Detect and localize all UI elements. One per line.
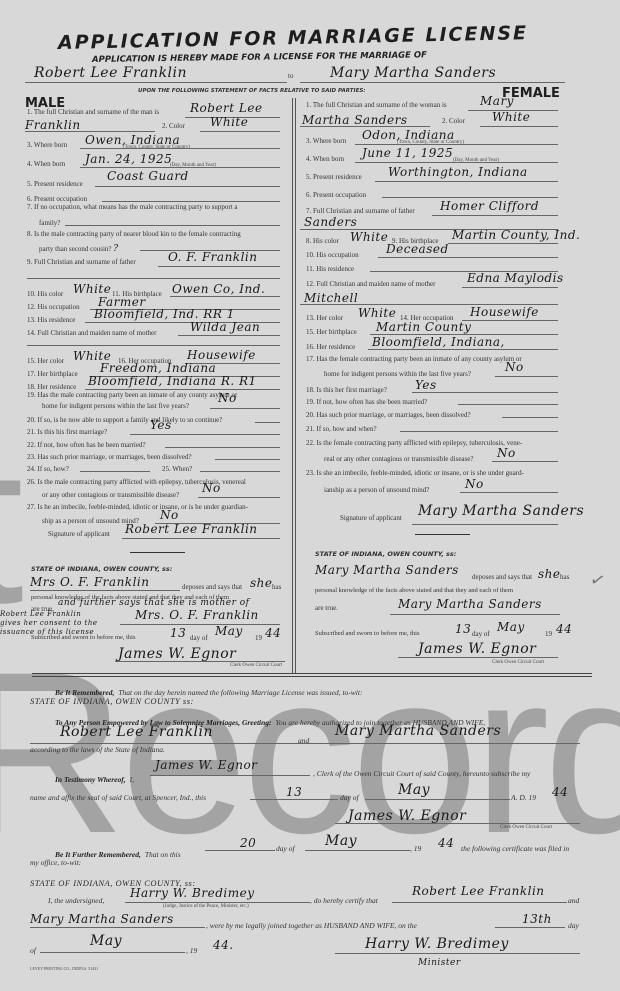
form-label: day of	[340, 793, 359, 802]
statement-line: UPON THE FOLLOWING STATEMENT OF FACTS RE…	[138, 88, 365, 94]
form-label: Is he an imbecile, feeble-minded, idioti…	[38, 503, 249, 511]
form-label: When born	[313, 155, 344, 163]
form-underline	[480, 126, 558, 127]
form-label: His color	[38, 290, 64, 298]
form-underline	[150, 775, 310, 776]
form-label: 7.	[306, 207, 311, 215]
form-label: 23. Has such prior marriage, or marriage…	[27, 453, 192, 461]
form-underline	[250, 799, 338, 800]
form-label: 24.	[27, 465, 36, 473]
form-label: Full Christian and maiden name of mother	[38, 329, 157, 337]
form-label: 5.	[306, 173, 311, 181]
form-label: 3.	[306, 137, 311, 145]
form-underline	[80, 471, 150, 472]
form-label: 23. Is she an imbecile, feeble-minded, i…	[306, 469, 524, 477]
form-label: That on this	[145, 850, 181, 859]
form-label: Where born	[313, 137, 346, 145]
form-label: day	[568, 921, 579, 930]
form-label: 20.	[306, 411, 315, 419]
form-label: Present residence	[34, 180, 83, 188]
form-underline	[355, 162, 558, 163]
form-label: , 19	[410, 844, 421, 853]
handwritten-value: 13	[455, 622, 471, 636]
form-label: Is the female contracting party afflicte…	[317, 439, 523, 447]
female-mother-color: White	[358, 306, 396, 320]
form-underline	[165, 447, 280, 448]
form-label: Her birthplace	[38, 370, 78, 378]
form-label: home for indigent persons within the las…	[324, 370, 471, 378]
form-label: 10.	[306, 251, 315, 259]
form-underline	[115, 661, 285, 662]
female-deponent-signature: Mary Martha Sanders	[398, 597, 542, 611]
form-label: real or any other contagious or transmis…	[324, 455, 473, 463]
handwritten-value: she	[538, 567, 561, 581]
form-label: 10. His color	[27, 290, 63, 298]
form-label: , Clerk of the Owen Circuit Court of sai…	[313, 769, 530, 778]
form-label: Present residence	[313, 173, 362, 181]
form-label: 21. Is this his first marriage?	[27, 428, 107, 436]
to-label: to	[288, 72, 293, 80]
form-underline	[40, 952, 185, 953]
male-surname: Franklin	[25, 118, 81, 132]
female-father-color: White	[350, 230, 388, 244]
female-mind-answer: No	[465, 477, 484, 491]
handwritten-value: May	[215, 624, 243, 638]
form-label: the following certificate was filed in	[461, 844, 569, 853]
form-underline	[368, 349, 558, 350]
form-label: 7.	[27, 203, 32, 211]
bride-name: Mary Martha Sanders	[330, 65, 496, 81]
form-underline	[85, 389, 280, 390]
female-father-occupation: Deceased	[386, 242, 449, 256]
female-deponent-name: Mary Martha Sanders	[315, 563, 459, 577]
form-label: 5.	[27, 180, 32, 188]
form-label: 19. If not, how often has she been marri…	[306, 398, 427, 406]
form-underline	[32, 676, 592, 677]
license-bride: Mary Martha Sanders	[335, 723, 501, 739]
form-label: Signature of applicant	[48, 530, 110, 538]
form-underline	[495, 376, 558, 377]
form-label: 19. Has the male contracting party been …	[27, 391, 237, 399]
form-underline	[170, 296, 280, 297]
form-label: 6. Present occupation	[27, 195, 87, 203]
form-underline	[355, 144, 558, 145]
form-label: 9. Full Christian and surname of father	[27, 258, 136, 266]
form-label: Where born	[34, 141, 67, 149]
form-label: Color	[169, 122, 185, 130]
form-label: has	[272, 583, 281, 591]
officiant-signature: Harry W. Bredimey	[365, 936, 509, 952]
handwritten-value: ?	[113, 244, 118, 254]
form-label: and	[568, 896, 579, 905]
form-label: 7. Full Christian and surname of father	[306, 207, 415, 215]
form-label: Her residence	[38, 383, 77, 391]
form-underline	[382, 197, 558, 198]
form-label: 2. Color	[442, 117, 465, 125]
male-first-marriage-answer: Yes	[150, 418, 172, 432]
female-surname: Martha Sanders	[302, 113, 407, 127]
form-label: 2. Color	[162, 122, 185, 130]
form-label: 14. Full Christian and maiden name of mo…	[27, 329, 156, 337]
form-label: Subscribed and sworn to before me, this	[315, 630, 420, 637]
form-label: 20. Has such prior marriage, or marriage…	[306, 411, 471, 419]
handwritten-value: she	[250, 576, 273, 590]
form-label: , were by me legally joined together as …	[206, 921, 417, 930]
form-label: 12.	[27, 303, 36, 311]
form-label: STATE OF INDIANA, OWEN COUNTY, ss:	[31, 565, 172, 573]
license-month: May	[398, 782, 430, 798]
license-clerk: James W. Egnor	[155, 758, 257, 772]
form-label: 22. If not, how often has he been marrie…	[27, 441, 146, 449]
marriage-day: 13th	[522, 912, 552, 926]
form-underline	[122, 538, 280, 539]
mother-occupation: Housewife	[187, 348, 256, 362]
form-label: I, the undersigned,	[48, 896, 104, 905]
female-father-birthplace: Martin County, Ind.	[452, 228, 580, 242]
father-color: White	[73, 282, 111, 296]
deponent-name: Mrs O. F. Franklin	[30, 575, 149, 589]
consent-note: and further says that she is mother of	[58, 598, 250, 608]
form-label: 22.	[27, 441, 36, 449]
form-underline	[392, 902, 567, 903]
form-label: 22. Is the female contracting party affl…	[306, 439, 522, 447]
form-label: 15.	[306, 328, 315, 336]
form-label: 18.	[27, 383, 36, 391]
form-label: Her birthplace	[317, 328, 357, 336]
form-label: His occupation	[38, 303, 80, 311]
form-label: Clerk Owen Circuit Court	[230, 663, 282, 668]
form-underline	[458, 404, 558, 405]
form-underline	[412, 524, 558, 525]
form-underline	[198, 497, 280, 498]
form-label: 10. His occupation	[306, 251, 359, 259]
female-father-surname: Sanders	[304, 215, 357, 229]
female-birthdate: June 11, 1925	[362, 146, 453, 160]
form-label: When born	[34, 160, 65, 168]
female-mother-occupation: Housewife	[470, 305, 539, 319]
form-label: 2.	[442, 117, 447, 125]
form-underline	[65, 225, 280, 226]
form-underline	[495, 927, 565, 928]
form-label: A. D. 19	[511, 793, 536, 802]
form-underline	[130, 552, 185, 553]
form-underline	[378, 257, 558, 258]
form-label: 19	[255, 634, 262, 642]
female-asylum-answer: No	[505, 360, 524, 374]
form-label: 21.	[27, 428, 36, 436]
female-disease-answer: No	[497, 446, 516, 460]
mother-name: Wilda Jean	[190, 320, 260, 334]
form-label: 6.	[306, 191, 311, 199]
form-label: has	[560, 573, 569, 581]
form-label: Subscribed and sworn to before me, this	[31, 634, 136, 641]
form-underline	[32, 673, 592, 674]
male-residence: Coast Guard	[107, 169, 189, 183]
form-label: Present occupation	[34, 195, 87, 203]
column-divider	[295, 98, 296, 673]
female-mother-residence: Bloomfield, Indiana,	[372, 335, 505, 349]
form-label: 17.	[27, 370, 36, 378]
form-label: 22.	[306, 439, 315, 447]
form-label: ianship as a person of unsound mind?	[324, 486, 429, 494]
filing-month: May	[325, 833, 357, 849]
filing-year: 44	[438, 836, 454, 850]
form-label: 3.	[27, 141, 32, 149]
marriage-license-document: t Record APPLICATION FOR MARRIAGE LICENS…	[0, 0, 620, 991]
form-label: Is the male contracting party of nearer …	[34, 230, 241, 238]
form-underline	[335, 823, 580, 824]
license-clerk-signature: James W. Egnor	[348, 808, 466, 824]
female-mother-surname: Mitchell	[304, 291, 358, 305]
form-label: according to the laws of the State of In…	[30, 745, 165, 754]
form-label: day of	[190, 634, 208, 642]
form-label: 23.	[306, 469, 315, 477]
handwritten-value: gives her consent to the	[0, 619, 98, 627]
form-label: I,	[130, 775, 134, 784]
form-underline	[210, 408, 280, 409]
form-label: 25.	[162, 465, 171, 473]
form-label: In Testimony Whereof,	[55, 775, 126, 784]
form-underline	[415, 534, 470, 535]
male-applicant-signature: Robert Lee Franklin	[125, 522, 258, 536]
form-label: 6.	[27, 195, 32, 203]
form-underline	[462, 287, 558, 288]
deponent-signature: Mrs. O. F. Franklin	[135, 608, 259, 622]
form-underline	[300, 126, 430, 127]
form-label: 1. The full Christian and surname of the…	[27, 108, 159, 116]
form-label: 1. The full Christian and surname of the…	[306, 101, 447, 109]
form-label: day of	[472, 630, 490, 638]
form-label: 13.	[27, 316, 36, 324]
form-label: (Judge, Justice of the Peace, Minister, …	[163, 904, 249, 909]
certificate-groom: Robert Lee Franklin	[412, 884, 545, 898]
form-label: Has such prior marriage, or marriages, b…	[38, 453, 192, 461]
male-color: White	[210, 115, 248, 129]
form-label: 1.	[306, 101, 311, 109]
form-label: STATE OF INDIANA, OWEN COUNTY, ss:	[315, 550, 456, 558]
form-underline	[432, 215, 558, 216]
form-label: 17.	[306, 355, 315, 363]
form-label: 25. When?	[162, 465, 192, 473]
marriage-month: May	[90, 933, 122, 949]
form-label: deposes and says that	[472, 573, 532, 581]
form-label: , do hereby certify that	[310, 896, 378, 905]
form-label: 4. When born	[306, 155, 344, 163]
form-label: 20.	[27, 416, 36, 424]
form-label: 19.	[27, 391, 36, 399]
form-underline	[300, 82, 565, 83]
form-label: 6. Present occupation	[306, 191, 366, 199]
form-label: 3. Where born	[306, 137, 346, 145]
form-underline	[27, 278, 280, 279]
female-name-first: Mary	[480, 94, 514, 108]
form-label: STATE OF INDIANA, OWEN COUNTY ss:	[30, 696, 194, 706]
form-label: 27.	[27, 503, 36, 511]
form-label: 15.	[27, 357, 36, 365]
form-label: His residence	[316, 265, 354, 273]
male-clerk-signature: James W. Egnor	[118, 646, 236, 662]
father-birthplace: Owen Co, Ind.	[172, 282, 265, 296]
form-label: 14.	[27, 329, 36, 337]
form-label: 17. Her birthplace	[27, 370, 78, 378]
handwritten-value: 13	[170, 626, 186, 640]
form-underline	[390, 614, 560, 615]
handwritten-value: Robert Lee Franklin	[0, 610, 81, 618]
form-label: 26.	[27, 478, 36, 486]
form-underline	[200, 131, 280, 132]
form-label: 19	[545, 630, 552, 638]
form-label: Clerk Owen Circuit Court	[500, 825, 552, 830]
marriage-year: 44.	[213, 938, 234, 952]
form-label: When?	[172, 465, 192, 473]
form-label: If so, how and when?	[317, 425, 377, 433]
form-label: 13. Her color	[306, 314, 343, 322]
form-label: Signature of applicant	[340, 514, 402, 522]
form-label: If not, how often has she been married?	[317, 398, 428, 406]
form-label: 1.	[27, 108, 32, 116]
form-label: 5. Present residence	[27, 180, 83, 188]
form-underline	[502, 417, 558, 418]
female-residence: Worthington, Indiana	[388, 165, 528, 179]
handwritten-value: 44	[265, 626, 281, 640]
male-asylum-answer: No	[218, 391, 237, 405]
form-underline	[30, 590, 180, 591]
form-label: The full Christian and surname of the ma…	[34, 108, 159, 116]
form-label: of	[30, 946, 36, 955]
female-applicant-signature: Mary Martha Sanders	[418, 503, 584, 519]
form-label: His color	[313, 237, 339, 245]
form-underline	[80, 167, 280, 168]
form-label: home for indigent persons within the las…	[42, 402, 189, 410]
form-label: 18.	[306, 386, 315, 394]
form-label: 4.	[27, 160, 32, 168]
form-underline	[125, 902, 310, 903]
form-underline	[460, 492, 558, 493]
form-label: 24. If so, how?	[27, 465, 69, 473]
form-label: Has such prior marriage, or marriages, b…	[317, 411, 471, 419]
form-label: 8. Is the male contracting party of near…	[27, 230, 241, 238]
form-label: 20. If so, is he now able to support a f…	[27, 416, 222, 424]
form-label: Is she an imbecile, feeble-minded, idiot…	[317, 469, 524, 477]
form-label: personal knowledge of the facts above st…	[315, 587, 513, 594]
form-label: In Testimony Whereof, I,	[55, 769, 134, 787]
female-first-marriage-answer: Yes	[415, 378, 437, 392]
license-day: 13	[286, 785, 302, 799]
form-underline	[30, 743, 580, 744]
document-subtitle: APPLICATION IS HEREBY MADE FOR A LICENSE…	[92, 50, 427, 65]
form-label: If no occupation, what means has the mal…	[34, 203, 238, 211]
form-label: 12. His occupation	[27, 303, 80, 311]
form-underline	[130, 434, 280, 435]
form-underline	[205, 850, 275, 851]
form-label: 17. Has the female contracting party bee…	[306, 355, 522, 363]
form-label: Her color	[317, 314, 344, 322]
form-label: 12. Full Christian and maiden name of mo…	[306, 280, 435, 288]
officiant-name: Harry W. Bredimey	[130, 886, 255, 900]
form-label: Present occupation	[313, 191, 366, 199]
form-label: 15. Her color	[27, 357, 64, 365]
form-label: deposes and says that	[182, 583, 242, 591]
form-underline	[255, 422, 280, 423]
male-birthdate: Jan. 24, 1925	[85, 152, 172, 166]
form-label: 11.	[306, 265, 315, 273]
form-underline	[30, 927, 205, 928]
form-underline	[120, 624, 280, 625]
form-label: 4. When born	[27, 160, 65, 168]
column-divider	[292, 98, 293, 673]
form-label: Full Christian and maiden name of mother	[317, 280, 436, 288]
form-label: 21.	[306, 425, 315, 433]
filing-day: 20	[240, 836, 256, 850]
form-underline	[27, 345, 280, 346]
female-mother-name: Edna Maylodis	[467, 271, 564, 285]
form-label: Is this her first marriage?	[317, 386, 387, 394]
female-mother-birthplace: Martin County	[376, 320, 471, 334]
form-label: Full Christian and surname of father	[313, 207, 415, 215]
form-label: 16.	[306, 343, 315, 351]
form-label: If so, is he now able to support a famil…	[38, 416, 223, 424]
form-label: 9.	[27, 258, 32, 266]
form-label: Is this his first marriage?	[38, 428, 108, 436]
female-clerk-signature: James W. Egnor	[418, 641, 536, 657]
form-label: family?	[39, 219, 60, 227]
form-underline	[102, 201, 280, 202]
form-label: my office, to-wit:	[30, 858, 81, 867]
form-underline	[25, 131, 155, 132]
form-underline	[398, 657, 558, 658]
form-label: 21. If so, how and when?	[306, 425, 377, 433]
officiant-title: Minister	[418, 958, 461, 968]
form-underline	[305, 850, 410, 851]
form-underline	[215, 459, 280, 460]
form-label: 8.	[306, 237, 311, 245]
form-label: , 19	[186, 946, 197, 955]
form-label: are true.	[315, 604, 338, 612]
form-label: Clerk Owen Circuit Court	[492, 660, 544, 665]
form-label: 13. His residence	[27, 316, 75, 324]
form-label: Her color	[38, 357, 65, 365]
form-underline	[200, 471, 280, 472]
form-label: 11. His residence	[306, 265, 354, 273]
father-name: O. F. Franklin	[168, 250, 257, 264]
female-father-name: Homer Clifford	[440, 199, 539, 213]
form-label: Has the male contracting party been an i…	[38, 391, 238, 399]
form-label: Has the female contracting party been an…	[317, 355, 522, 363]
printer-mark: LEVEY PRINTING CO., INDPLS. 51431	[30, 966, 98, 971]
form-underline	[365, 799, 510, 800]
form-label: 4.	[306, 155, 311, 163]
form-label: If not, how often has he been married?	[38, 441, 146, 449]
form-label: 2.	[162, 122, 167, 130]
form-underline	[95, 186, 280, 187]
form-underline	[400, 431, 558, 432]
form-label: 19.	[306, 398, 315, 406]
form-underline	[462, 320, 558, 321]
form-label: 15. Her birthplace	[306, 328, 357, 336]
male-mind-answer: No	[160, 508, 179, 522]
form-label: 8.	[27, 230, 32, 238]
mother-birthplace: Freedom, Indiana	[100, 361, 216, 375]
form-label: His residence	[38, 316, 76, 324]
form-underline	[375, 181, 558, 182]
form-label: 12.	[306, 280, 315, 288]
form-underline	[158, 266, 280, 267]
form-label: His occupation	[317, 251, 359, 259]
license-groom: Robert Lee Franklin	[60, 724, 213, 740]
father-residence: Bloomfield, Ind. RR 1	[94, 307, 235, 321]
form-label: day of	[276, 844, 295, 853]
form-label: name and affix the seal of said Court, a…	[30, 793, 206, 802]
